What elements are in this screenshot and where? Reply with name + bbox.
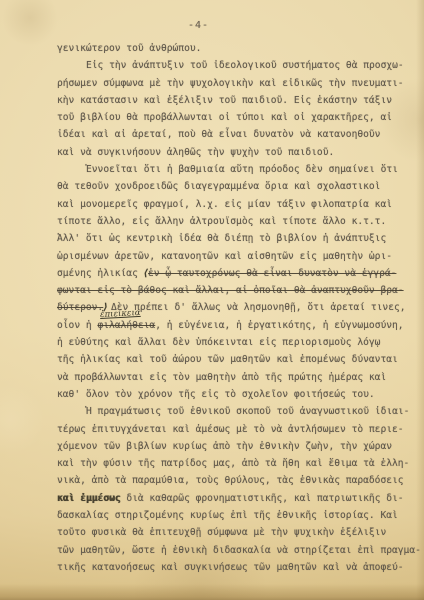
text-segment: καὶ τὴν φύσιν τῆς πατρίδος μας, ἀπὸ τὰ ἤ… [57, 458, 409, 469]
document-line: θὰ τεθοῦν χονδροειδῶς διαγεγραμμένα ὅρια… [57, 178, 419, 195]
text-segment: ἰδέαι καὶ αἱ ἀρεταί, ποὺ θὰ εἶναι δυνατὸ… [57, 129, 380, 140]
document-line: τῶν μαθητῶν, ὥστε ἡ ἐθνικὴ διδασκαλία νὰ… [57, 542, 419, 559]
text-segment: καὶ μονομερεῖς φραγμοί, λ.χ. εἰς μίαν τά… [57, 199, 392, 210]
document-line: τοῦ βιβλίου θὰ προβάλλωνται οἱ τύποι καὶ… [57, 109, 419, 126]
text-segment: Δὲν πρέπει δ' ἄλλως νὰ λησμονηθῇ, ὅτι ἀρ… [111, 302, 406, 313]
text-segment: τοῦ βιβλίου θὰ προβάλλωνται οἱ τύποι καὶ… [57, 112, 392, 123]
document-line: καὶ τὴν φύσιν τῆς πατρίδος μας, ἀπὸ τὰ ἤ… [57, 455, 419, 472]
text-body: γενικώτερον τοῦ ἀνθρώπου.Εἰς τὴν ἀνάπτυξ… [57, 40, 419, 576]
document-line: ἰδέαι καὶ αἱ ἀρεταί, ποὺ θὰ εἶναι δυνατὸ… [57, 126, 419, 143]
text-segment: ὡρισμένων ἀρετῶν, κατανοητῶν καὶ αἰσθητῶ… [57, 251, 392, 262]
document-line: κὴν κατάστασιν καὶ ἐξέλιξιν τοῦ παιδιοῦ.… [57, 92, 419, 109]
page-number: -4- [188, 20, 209, 31]
text-segment: χόμενον τῶν βιβλίων κυρίως ἀπὸ τὴν ἐθνικ… [57, 441, 392, 452]
text-segment: τικῆς κατανοήσεως καὶ συγκινήσεως τῶν μα… [57, 562, 404, 573]
text-segment: Ἐννοεῖται ὅτι ἡ βαθμιαία αὕτη πρόοδος δὲ… [86, 164, 398, 175]
overtyped-text-segment: καὶ ἐμμέσως [57, 493, 121, 504]
document-line: τῆς ἡλικίας καὶ τοῦ ἀώρου τῶν μαθητῶν κα… [57, 351, 419, 368]
document-line: τοῦτο φυσικὰ θὰ ἐπιτευχθῇ σύμφωνα μὲ τὴν… [57, 524, 419, 541]
text-segment: τοῦτο φυσικὰ θὰ ἐπιτευχθῇ σύμφωνα μὲ τὴν… [57, 527, 386, 538]
document-line: καὶ νὰ συγκινήσουν ἀληθῶς τὴν ψυχὴν τοῦ … [57, 144, 419, 161]
struck-text-segment: ἐν ᾧ ταυτοχρόνως θὰ εἶναι δυνατὸν νὰ ἐγγ… [148, 268, 396, 279]
text-segment: οἷον ἡ [57, 320, 97, 331]
document-line: καθ' ὅλον τὸν χρόνον τῆς εἰς τὸ σχολεῖον… [57, 386, 419, 403]
document-line: ρήσωμεν σύμφωνα μὲ τὴν ψυχολογικὴν καὶ ε… [57, 75, 419, 92]
document-line: γενικώτερον τοῦ ἀνθρώπου. [57, 40, 419, 57]
text-segment: τέρως ἐπιτυγχάνεται καὶ ἀμέσως μὲ τὸ νὰ … [57, 424, 404, 435]
document-line: Ἐννοεῖται ὅτι ἡ βαθμιαία αὕτη πρόοδος δὲ… [57, 161, 419, 178]
document-line: φωνται εἰς τὸ βάθος καὶ ἄλλαι, αἱ ὁποῖαι… [57, 282, 419, 299]
text-segment: γενικώτερον τοῦ ἀνθρώπου. [57, 43, 201, 54]
document-line: καὶ ἐμμέσως διὰ καθαρῶς φρονηματιστικῆς,… [57, 490, 419, 507]
struck-text-segment: φωνται εἰς τὸ βάθος καὶ ἄλλαι, αἱ ὁποῖαι… [57, 285, 404, 296]
text-segment: τίποτε ἄλλο, εἰς ἄλλην ἀλτρουϊσμὸς καὶ τ… [57, 216, 386, 227]
document-line: δασκαλίας στηριζομένης κυρίως ἐπὶ τῆς ἐθ… [57, 507, 419, 524]
text-segment: ρήσωμεν σύμφωνα μὲ τὴν ψυχολογικὴν καὶ ε… [57, 78, 404, 89]
text-segment: , ἡ εὐγένεια, ἡ ἐργατικότης, ἡ εὐγνωμοσύ… [155, 320, 403, 331]
document-line: νὰ προβάλλωνται εἰς τὸν μαθητὴν ἀπὸ τῆς … [57, 369, 419, 386]
text-segment: τῆς ἡλικίας καὶ τοῦ ἀώρου τῶν μαθητῶν κα… [57, 354, 398, 365]
paper-edge-shade-bottom [0, 584, 424, 600]
text-segment: δασκαλίας στηριζομένης κυρίως ἐπὶ τῆς ἐθ… [57, 510, 398, 521]
text-segment: Ἡ πραγμάτωσις τοῦ ἐθνικοῦ σκοποῦ τοῦ ἀνα… [86, 406, 409, 417]
struck-text-segment: δύτερον. [57, 302, 103, 313]
text-segment: θὰ τεθοῦν χονδροειδῶς διαγεγραμμένα ὅρια… [57, 181, 380, 192]
document-line: Εἰς τὴν ἀνάπτυξιν τοῦ ἰδεολογικοῦ συστήμ… [57, 57, 419, 74]
text-segment: διὰ καθαρῶς φρονηματιστικῆς, καὶ πατριωτ… [121, 493, 404, 504]
document-line: οἷον ἡ ἐπιείκειαφιλαλήθεια, ἡ εὐγένεια, … [57, 317, 419, 334]
handwritten-annotation: ἐπιείκεια [100, 309, 141, 319]
document-line: χόμενον τῶν βιβλίων κυρίως ἀπὸ τὴν ἐθνικ… [57, 438, 419, 455]
struck-text-segment: φιλαλήθεια [97, 320, 155, 331]
text-segment: σμένης ἡλικίας [57, 268, 144, 279]
text-segment: ἡ εὐθύτης καὶ ἄλλαι δὲν ὑπόκεινται εἰς π… [57, 337, 380, 348]
document-line: ὡρισμένων ἀρετῶν, κατανοητῶν καὶ αἰσθητῶ… [57, 248, 419, 265]
text-segment: τῶν μαθητῶν, ὥστε ἡ ἐθνικὴ διδασκαλία νὰ… [57, 545, 421, 556]
document-line: Ἀλλ' ὅτι ὡς κεντρικὴ ἰδέα θὰ διέπῃ τὸ βι… [57, 230, 419, 247]
document-line: σμένης ἡλικίας ⟨ἐν ᾧ ταυτοχρόνως θὰ εἶνα… [57, 265, 419, 282]
document-line: τέρως ἐπιτυγχάνεται καὶ ἀμέσως μὲ τὸ νὰ … [57, 421, 419, 438]
text-segment: νὰ προβάλλωνται εἰς τὸν μαθητὴν ἀπὸ τῆς … [57, 372, 386, 383]
text-segment: Ἀλλ' ὅτι ὡς κεντρικὴ ἰδέα θὰ διέπῃ τὸ βι… [57, 233, 386, 244]
document-line: νικὰ, ἀπὸ τὰ παραμύθια, τοὺς θρύλους, τὰ… [57, 472, 419, 489]
text-segment: καὶ νὰ συγκινήσουν ἀληθῶς τὴν ψυχὴν τοῦ … [57, 147, 334, 158]
document-line: Ἡ πραγμάτωσις τοῦ ἐθνικοῦ σκοποῦ τοῦ ἀνα… [57, 403, 419, 420]
document-line: τικῆς κατανοήσεως καὶ συγκινήσεως τῶν μα… [57, 559, 419, 576]
text-segment: κὴν κατάστασιν καὶ ἐξέλιξιν τοῦ παιδιοῦ.… [57, 95, 392, 106]
text-segment: Εἰς τὴν ἀνάπτυξιν τοῦ ἰδεολογικοῦ συστήμ… [86, 60, 404, 71]
document-line: καὶ μονομερεῖς φραγμοί, λ.χ. εἰς μίαν τά… [57, 196, 419, 213]
annotated-segment: ἐπιείκειαφιλαλήθεια [97, 320, 155, 331]
text-segment: καθ' ὅλον τὸν χρόνον τῆς εἰς τὸ σχολεῖον… [57, 389, 375, 400]
document-line: τίποτε ἄλλο, εἰς ἄλλην ἀλτρουϊσμὸς καὶ τ… [57, 213, 419, 230]
document-line: ἡ εὐθύτης καὶ ἄλλαι δὲν ὑπόκεινται εἰς π… [57, 334, 419, 351]
text-segment: νικὰ, ἀπὸ τὰ παραμύθια, τοὺς θρύλους, τὰ… [57, 475, 404, 486]
